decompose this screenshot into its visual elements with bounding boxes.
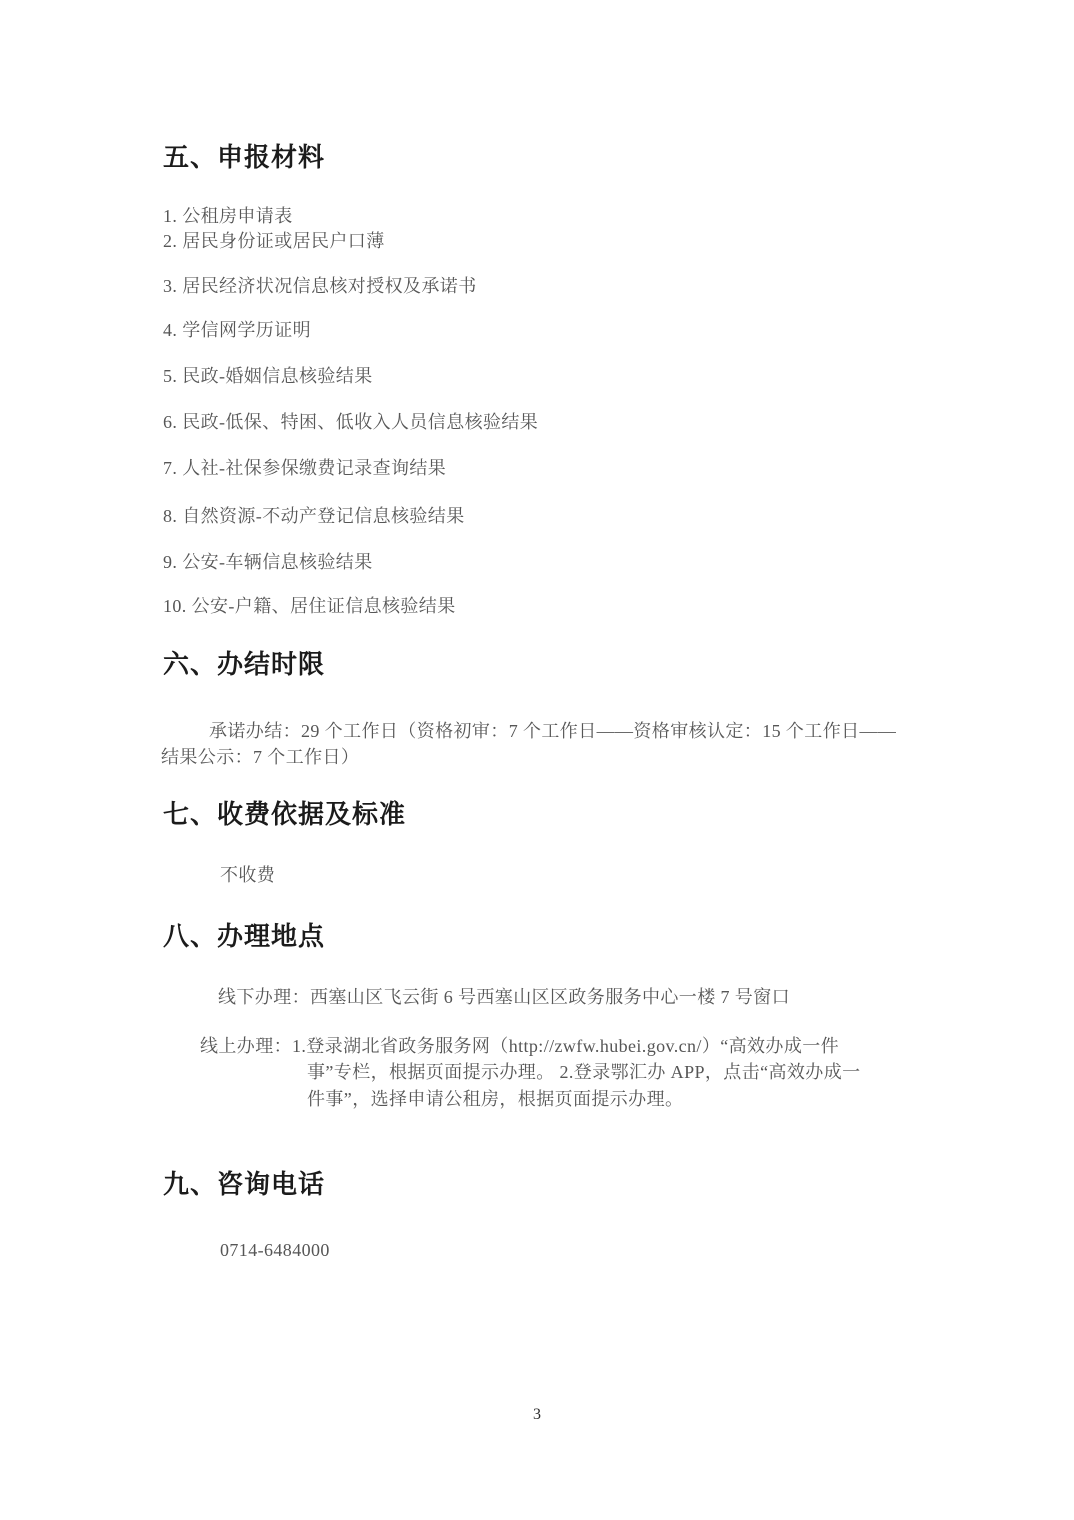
phone-section-heading: 九、咨询电话	[163, 1171, 325, 1200]
location-section-heading: 八、办理地点	[163, 923, 325, 952]
online-location-line-3: 件事”，选择申请公租房，根据页面提示办理。	[307, 1089, 683, 1111]
material-item: 6. 民政-低保、特困、低收入人员信息核验结果	[163, 412, 538, 434]
material-item: 2. 居民身份证或居民户口薄	[163, 231, 385, 253]
document-page: 五、申报材料 1. 公租房申请表 2. 居民身份证或居民户口薄 3. 居民经济状…	[0, 0, 1074, 1520]
material-item: 7. 人社-社保参保缴费记录查询结果	[163, 458, 446, 480]
online-location-line-1: 线上办理：1.登录湖北省政务服务网（http://zwfw.hubei.gov.…	[200, 1036, 839, 1058]
fee-text: 不收费	[220, 865, 275, 887]
material-item: 5. 民政-婚姻信息核验结果	[163, 366, 373, 388]
material-item: 3. 居民经济状况信息核对授权及承诺书	[163, 276, 477, 298]
deadline-section-heading: 六、办结时限	[163, 651, 325, 680]
online-location-line-2: 事”专栏，根据页面提示办理。 2.登录鄂汇办 APP，点击“高效办成一	[307, 1062, 861, 1084]
materials-section-heading: 五、申报材料	[163, 144, 325, 173]
material-item: 4. 学信网学历证明	[163, 320, 311, 342]
material-item: 8. 自然资源-不动产登记信息核验结果	[163, 506, 465, 528]
deadline-text-line-2: 结果公示：7 个工作日）	[161, 747, 359, 769]
page-number: 3	[0, 1406, 1074, 1424]
deadline-text-line-1: 承诺办结：29 个工作日（资格初审：7 个工作日——资格审核认定：15 个工作日…	[209, 721, 896, 743]
phone-number-text: 0714-6484000	[220, 1240, 330, 1262]
fees-section-heading: 七、收费依据及标准	[163, 801, 406, 830]
material-item: 10. 公安-户籍、居住证信息核验结果	[163, 596, 456, 618]
material-item: 9. 公安-车辆信息核验结果	[163, 552, 373, 574]
material-item: 1. 公租房申请表	[163, 206, 293, 228]
offline-location-text: 线下办理：西塞山区飞云街 6 号西塞山区区政务服务中心一楼 7 号窗口	[218, 987, 790, 1009]
